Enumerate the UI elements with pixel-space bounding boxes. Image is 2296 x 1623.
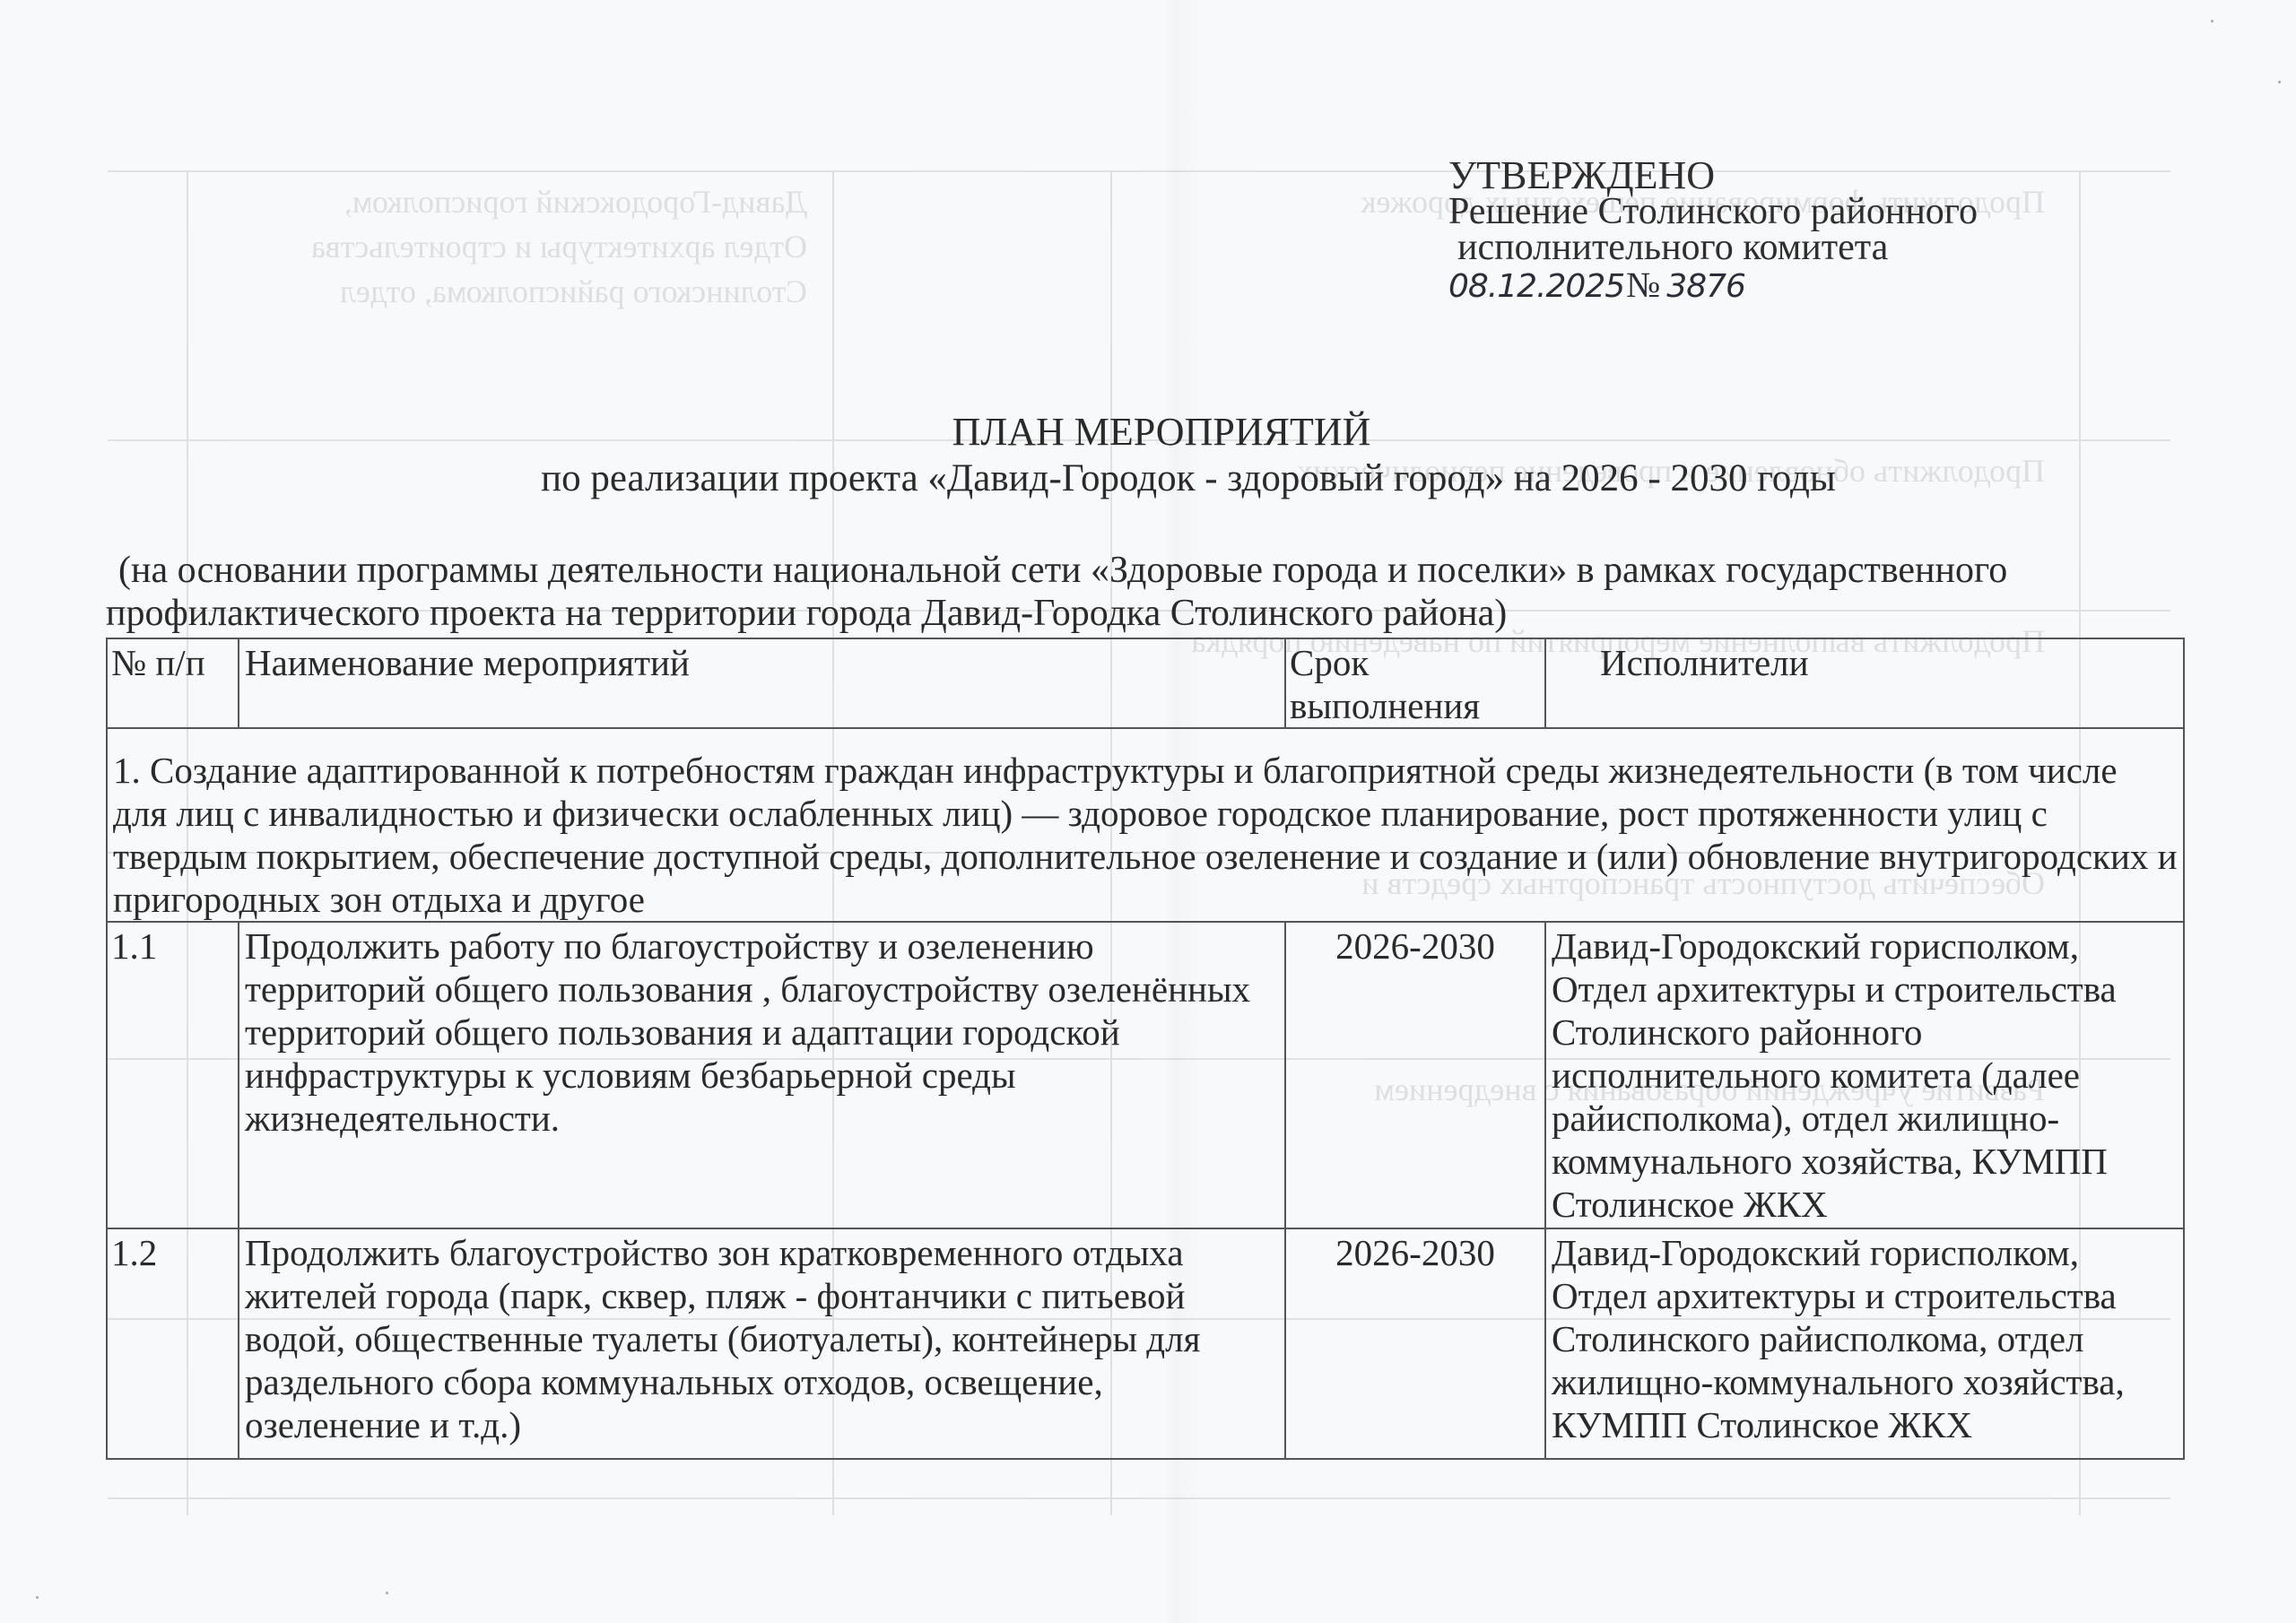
document-title: ПЛАН МЕРОПРИЯТИЙ [0, 411, 2296, 454]
header-term-line2: выполнения [1290, 685, 1480, 726]
header-name: Наименование мероприятий [239, 638, 1285, 728]
row-number: 1.1 [107, 922, 239, 1228]
approval-date-number: 08.12.2025№3876 [1448, 267, 1978, 305]
document-subtitle: по реализации проекта «Давид-Городок - з… [0, 457, 2296, 500]
row-executors: Давид-Городокский горисполком, Отдел арх… [1545, 1228, 2184, 1459]
approval-committee-line: исполнительного комитета [1448, 230, 1978, 265]
header-term-line1: Срок [1290, 642, 1369, 683]
table-row: 1.2 Продолжить благоустройство зон кратк… [107, 1228, 2184, 1459]
approval-block: УТВЕРЖДЕНО Решение Столинского районного… [1448, 158, 1978, 305]
scan-speck [386, 1592, 388, 1594]
scan-speck [2278, 81, 2281, 83]
handwritten-date: 08.12.2025 [1448, 268, 1624, 305]
handwritten-number: 3876 [1666, 268, 1745, 305]
approval-decision-line: Решение Столинского районного [1448, 194, 1978, 230]
approval-title: УТВЕРЖДЕНО [1448, 158, 1978, 194]
table-header-row: № п/п Наименование мероприятий Срок выпо… [107, 638, 2184, 728]
row-activity: Продолжить благоустройство зон кратковре… [239, 1228, 1285, 1459]
scanned-page: Продолжить формирование пешеходных дорож… [0, 0, 2296, 1623]
section-1-heading: 1. Создание адаптированной к потребностя… [107, 728, 2184, 922]
header-executors: Исполнители [1545, 638, 2184, 728]
row-activity: Продолжить работу по благоустройству и о… [239, 922, 1285, 1228]
row-number: 1.2 [107, 1228, 239, 1459]
row-term: 2026-2030 [1285, 1228, 1545, 1459]
number-sign: № [1626, 265, 1659, 305]
table-row: 1.1 Продолжить работу по благоустройству… [107, 922, 2184, 1228]
document-basis-note: (на основании программы деятельности нац… [106, 549, 2196, 635]
row-executors: Давид-Городокский горисполком, Отдел арх… [1545, 922, 2184, 1228]
scan-speck [2211, 20, 2213, 22]
plan-table: № п/п Наименование мероприятий Срок выпо… [106, 638, 2185, 1460]
scan-speck [36, 1596, 39, 1599]
section-row: 1. Создание адаптированной к потребностя… [107, 728, 2184, 922]
row-term: 2026-2030 [1285, 922, 1545, 1228]
header-term: Срок выполнения [1285, 638, 1545, 728]
header-number: № п/п [107, 638, 239, 728]
